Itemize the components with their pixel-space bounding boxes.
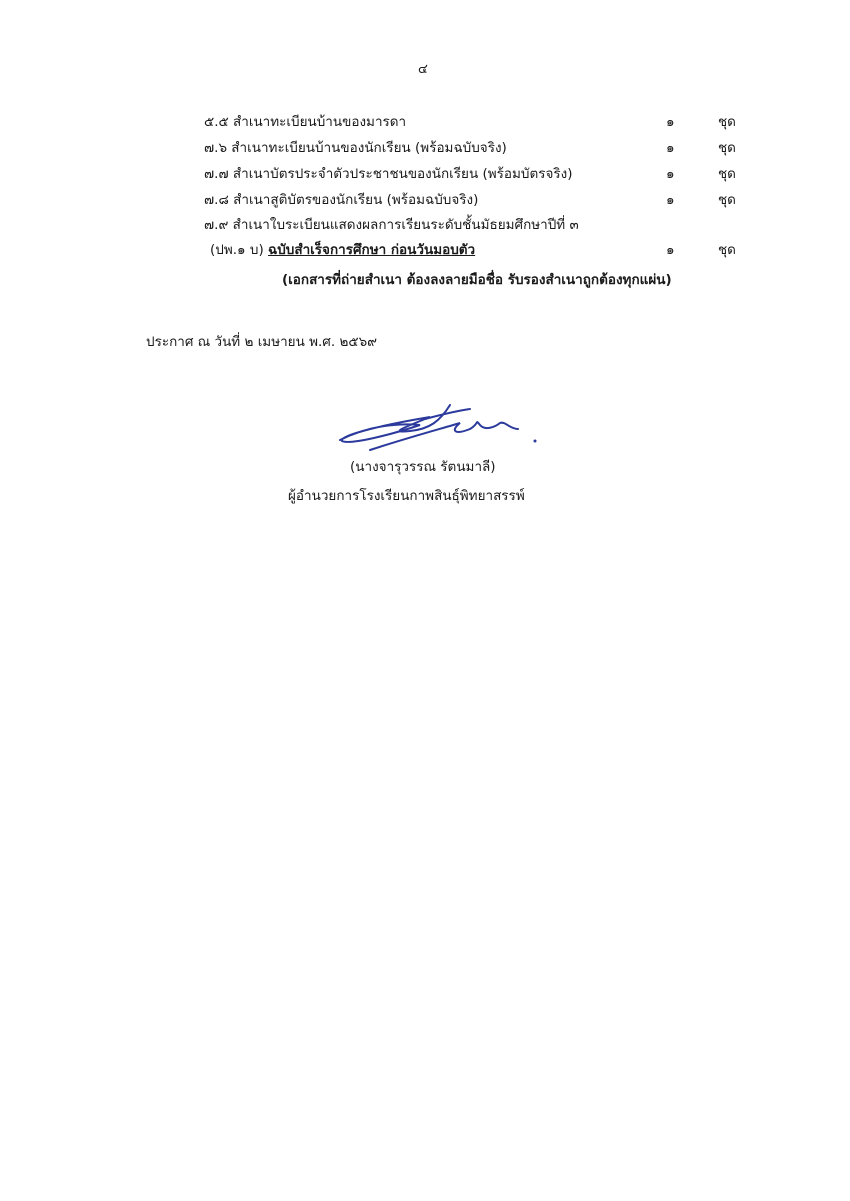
signature-image	[330, 395, 550, 455]
item-prefix: (ปพ.๑ บ)	[210, 242, 268, 258]
list-item-unit: ชุด	[718, 162, 736, 184]
page-number: ๔	[418, 58, 428, 79]
list-item-qty: ๑	[666, 110, 675, 132]
list-item-qty: ๑	[666, 136, 675, 158]
list-item-unit: ชุด	[718, 238, 736, 260]
list-item-continuation: (ปพ.๑ บ) ฉบับสำเร็จการศึกษา ก่อนวันมอบตั…	[210, 238, 475, 260]
list-item-text: ๗.๗ สำเนาบัตรประจำตัวประชาชนของนักเรียน …	[204, 162, 573, 184]
list-item-text: ๗.๖ สำเนาทะเบียนบ้านของนักเรียน (พร้อมฉบ…	[204, 136, 507, 158]
signatory-name: (นางจารุวรรณ รัตนมาลี)	[350, 455, 496, 477]
announcement-date: ประกาศ ณ วันที่ ๒ เมษายน พ.ศ. ๒๕๖๙	[146, 330, 377, 352]
list-item-unit: ชุด	[718, 188, 736, 210]
list-item-qty: ๑	[666, 238, 675, 260]
list-item-qty: ๑	[666, 162, 675, 184]
list-item-unit: ชุด	[718, 136, 736, 158]
list-item-text: ๗.๘ สำเนาสูติบัตรของนักเรียน (พร้อมฉบับจ…	[204, 188, 478, 210]
list-item-text: ๗.๙ สำเนาใบระเบียนแสดงผลการเรียนระดับชั้…	[204, 213, 579, 235]
list-item-qty: ๑	[666, 188, 675, 210]
list-item-unit: ชุด	[718, 110, 736, 132]
item-emphasis: ฉบับสำเร็จการศึกษา ก่อนวันมอบตัว	[268, 242, 475, 258]
note: (เอกสารที่ถ่ายสำเนา ต้องลงลายมือชื่อ รับ…	[282, 268, 672, 290]
list-item-text: ๕.๕ สำเนาทะเบียนบ้านของมารดา	[204, 110, 406, 132]
signatory-title: ผู้อำนวยการโรงเรียนกาพสินธุ์พิทยาสรรพ์	[288, 484, 525, 506]
